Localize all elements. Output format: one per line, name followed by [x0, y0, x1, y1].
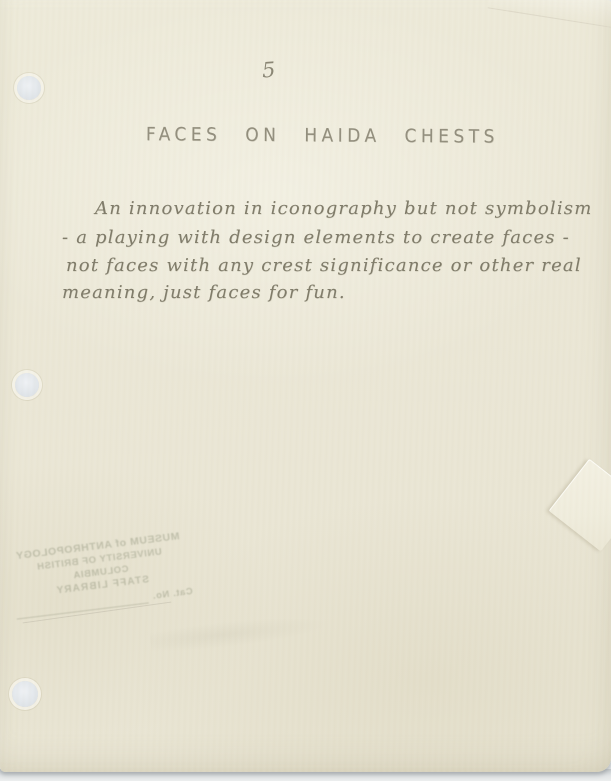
body-line: - a playing with design elements to crea…: [62, 227, 570, 248]
body-line: meaning, just faces for fun.: [62, 282, 346, 303]
paper-sheet: 5 FACES ON HAIDA CHESTS An innovation in…: [0, 0, 611, 772]
stamp-cat-label: Cat. No.: [152, 585, 194, 603]
page-number: 5: [261, 58, 276, 83]
punch-hole-middle: [13, 371, 41, 399]
body-line: not faces with any crest significance or…: [66, 255, 582, 276]
body-line: An innovation in iconography but not sym…: [95, 198, 592, 219]
library-stamp-bleedthrough: MUSEUM of ANTHROPOLOGY UNIVERSITY OF BRI…: [8, 529, 193, 619]
punch-hole-bottom: [12, 681, 38, 707]
paper-corner-fold: [488, 0, 611, 33]
paper-smudge: [149, 611, 331, 656]
handwritten-title: FACES ON HAIDA CHESTS: [146, 124, 499, 148]
tape-patch: [549, 459, 611, 552]
punch-hole-top: [17, 76, 41, 100]
scanned-document-page: { "page": { "page_number": "5", "title":…: [0, 0, 611, 781]
